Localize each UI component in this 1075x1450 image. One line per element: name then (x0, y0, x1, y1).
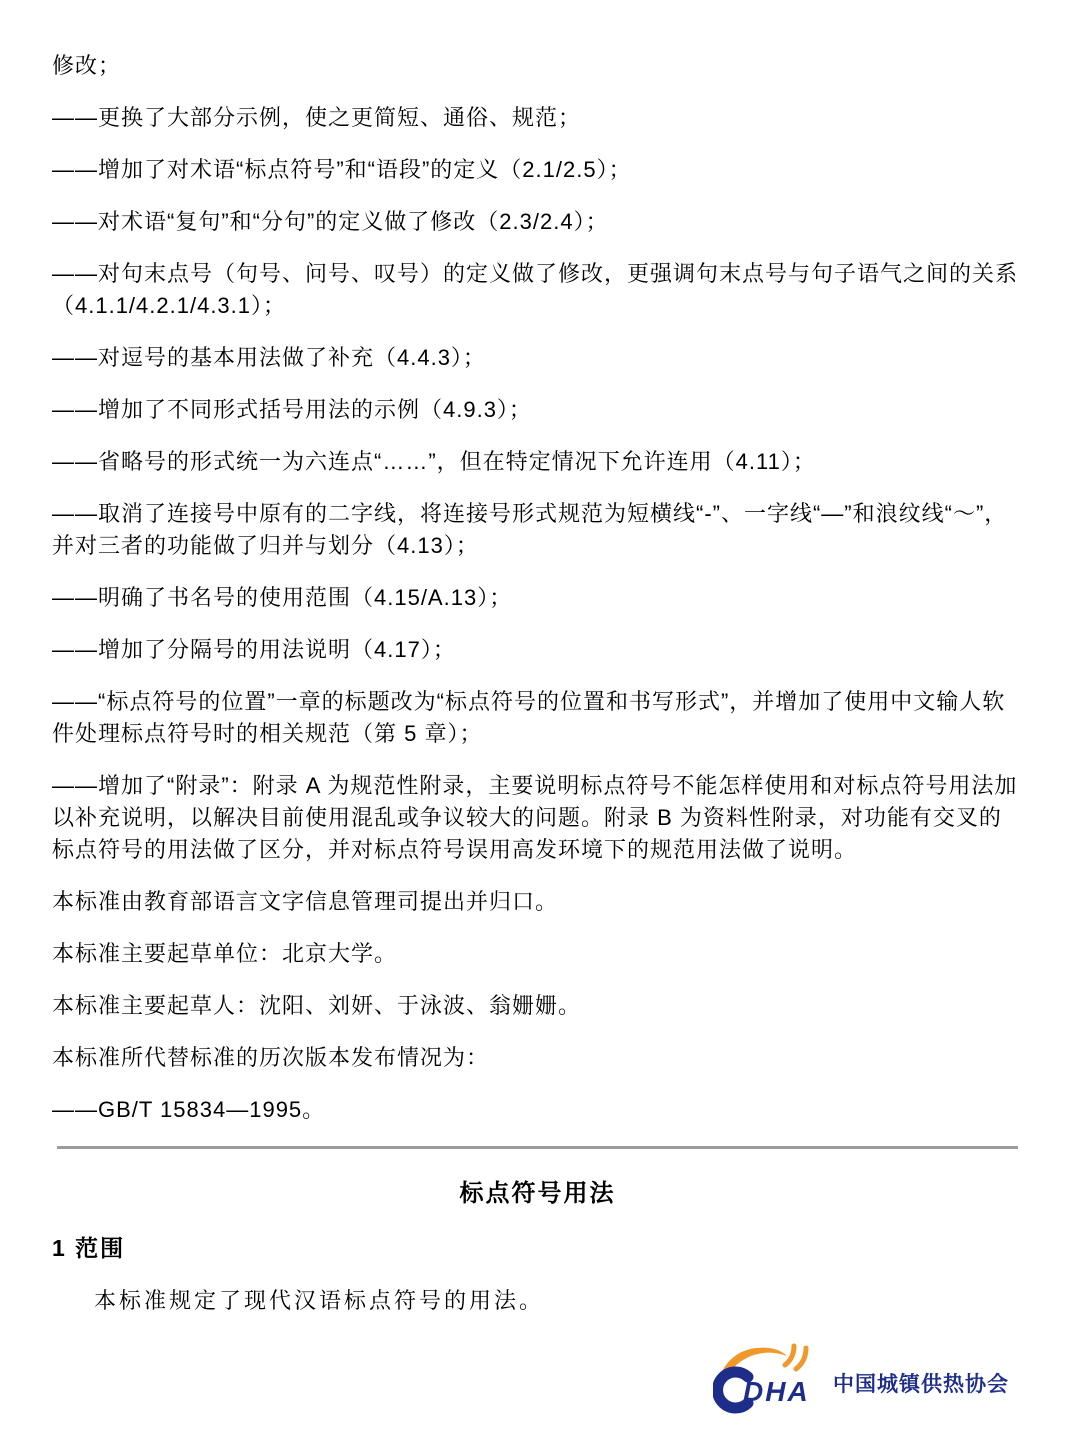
paragraph: 本标准由教育部语言文字信息管理司提出并归口。 (52, 886, 1023, 918)
paragraph: ——增加了对术语“标点符号”和“语段”的定义（2.1/2.5）； (52, 154, 1023, 186)
section-body-text: 本标准规定了现代汉语标点符号的用法。 (52, 1285, 1023, 1317)
paragraph: ——明确了书名号的使用范围（4.15/A.13）； (52, 582, 1023, 614)
logo-acronym: DHA (743, 1376, 810, 1407)
cdha-logo: DHA 中国城镇供热协会 (713, 1337, 1009, 1415)
paragraph: 本标准所代替标准的历次版本发布情况为： (52, 1042, 1023, 1074)
paragraph: ——对句末点号（句号、问号、叹号）的定义做了修改，更强调句末点号与句子语气之间的… (52, 258, 1023, 322)
wave-arc-icon (796, 1348, 806, 1369)
document-page: 修改； ——更换了大部分示例，使之更简短、通俗、规范； ——增加了对术语“标点符… (0, 0, 1075, 1415)
paragraph: ——“标点符号的位置”一章的标题改为“标点符号的位置和书写形式”，并增加了使用中… (52, 686, 1023, 750)
paragraph: 本标准主要起草人：沈阳、刘妍、于泳波、翁姗姗。 (52, 990, 1023, 1022)
section-divider (57, 1146, 1018, 1149)
footer-logo-row: DHA 中国城镇供热协会 (52, 1337, 1023, 1415)
paragraph: ——增加了分隔号的用法说明（4.17）； (52, 634, 1023, 666)
paragraph: ——对逗号的基本用法做了补充（4.4.3）； (52, 342, 1023, 374)
cdha-emblem-icon: DHA (713, 1337, 823, 1415)
paragraph: 修改； (52, 50, 1023, 82)
paragraph: ——GB/T 15834—1995。 (52, 1094, 1023, 1126)
paragraph: ——省略号的形式统一为六连点“……”，但在特定情况下允许连用（4.11）； (52, 446, 1023, 478)
logo-org-name: 中国城镇供热协会 (833, 1354, 1009, 1398)
paragraph: 本标准主要起草单位：北京大学。 (52, 938, 1023, 970)
paragraph: ——增加了“附录”：附录 A 为规范性附录，主要说明标点符号不能怎样使用和对标点… (52, 770, 1023, 866)
section-heading-scope: 1 范围 (52, 1233, 1023, 1263)
paragraph: ——增加了不同形式括号用法的示例（4.9.3）； (52, 394, 1023, 426)
paragraph: ——对术语“复句”和“分句”的定义做了修改（2.3/2.4）； (52, 206, 1023, 238)
document-title: 标点符号用法 (52, 1179, 1023, 1209)
paragraph: ——取消了连接号中原有的二字线，将连接号形式规范为短横线“-”、一字线“—”和浪… (52, 498, 1023, 562)
paragraph: ——更换了大部分示例，使之更简短、通俗、规范； (52, 102, 1023, 134)
